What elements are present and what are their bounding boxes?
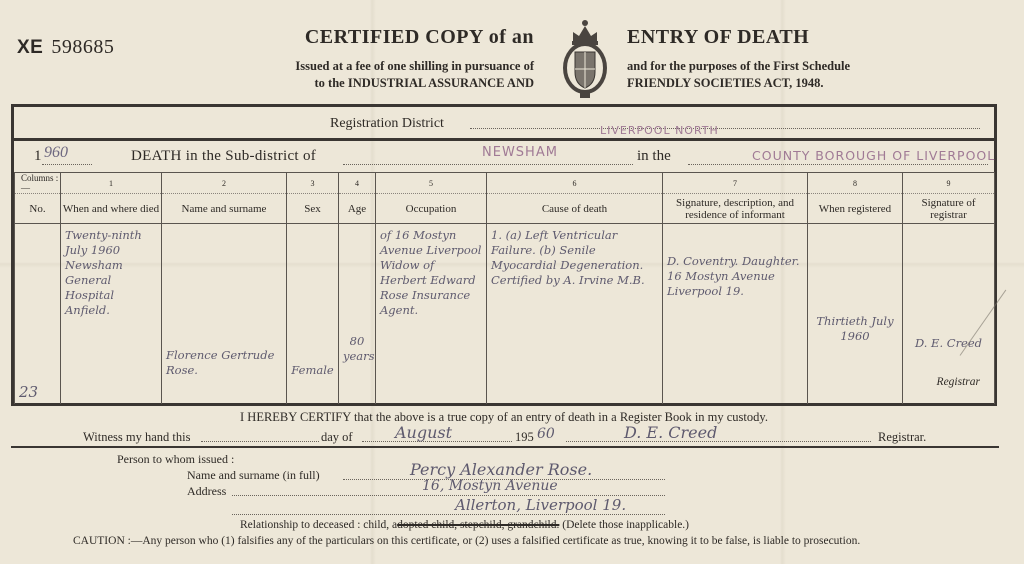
table-header-row: No. When and where died Name and surname…	[15, 194, 995, 224]
header-age: Age	[339, 194, 376, 224]
entry-when-registered: Thirtieth July 1960	[808, 224, 903, 405]
year-dotted-line	[42, 164, 92, 165]
registration-district-label: Registration District	[330, 116, 444, 132]
address-dotted-line-2	[232, 514, 665, 515]
recipient-address-label: Address	[187, 484, 226, 499]
column-number: 4	[339, 173, 376, 194]
header-when-registered: When registered	[808, 194, 903, 224]
header-informant: Signature, description, and residence of…	[663, 194, 808, 224]
subtitle-right-line-2: FRIENDLY SOCIETIES ACT, 1948.	[627, 75, 850, 92]
witness-label: Witness my hand this	[83, 430, 190, 445]
entry-age: 80 years	[339, 224, 376, 405]
royal-coat-of-arms-icon	[560, 14, 610, 102]
recipient-name-label: Name and surname (in full)	[187, 468, 320, 483]
relationship-statement: Relationship to deceased : child, adopte…	[240, 519, 689, 531]
caution-notice: CAUTION :—Any person who (1) falsifies a…	[73, 535, 860, 547]
recipient-address-line-2: Allerton, Liverpool 19.	[455, 496, 626, 514]
issued-to-heading: Person to whom issued :	[117, 452, 234, 467]
column-number: 2	[162, 173, 287, 194]
subtitle-left-line-1: Issued at a fee of one shilling in pursu…	[295, 58, 534, 75]
subdistrict-dotted-line	[343, 164, 633, 165]
certification-year-handwritten: 60	[537, 426, 555, 442]
header-name: Name and surname	[162, 194, 287, 224]
year-handwritten: 960	[44, 144, 68, 162]
month-handwritten: August	[395, 423, 452, 442]
column-number: 6	[487, 173, 663, 194]
column-number-row: Columns :— 1 2 3 4 5 6 7 8 9	[15, 173, 995, 194]
subtitle-left: Issued at a fee of one shilling in pursu…	[295, 58, 534, 92]
registrar-caption: Registrar	[937, 375, 980, 390]
entry-sex: Female	[287, 224, 339, 405]
column-number: 7	[663, 173, 808, 194]
subtitle-left-line-2: to the INDUSTRIAL ASSURANCE AND	[295, 75, 534, 92]
death-entry-table: Columns :— 1 2 3 4 5 6 7 8 9 No. When an…	[14, 172, 994, 404]
year-prefix: 1	[34, 148, 42, 165]
column-number: 5	[376, 173, 487, 194]
columns-label: Columns :—	[15, 173, 61, 194]
subdistrict-value: NEWSHAM	[482, 145, 558, 160]
entry-registrar-cell: D. E. Creed Registrar	[903, 224, 995, 405]
serial-digits: 598685	[51, 36, 114, 58]
relationship-suffix: (Delete those inapplicable.)	[559, 519, 689, 531]
in-the-label: in the	[637, 148, 671, 165]
registrar-label: Registrar.	[878, 430, 926, 445]
witness-day-dotted-line	[201, 441, 319, 442]
entry-cause: 1. (a) Left Ventricular Failure. (b) Sen…	[487, 224, 663, 405]
registrar-signature: D. E. Creed	[624, 423, 717, 442]
entry-no: 23	[15, 224, 61, 405]
entry-name: Florence Gertrude Rose.	[162, 224, 287, 405]
column-number: 8	[808, 173, 903, 194]
death-subdistrict-label: DEATH in the Sub-district of	[131, 148, 316, 165]
subtitle-right-line-1: and for the purposes of the First Schedu…	[627, 58, 850, 75]
entry-occupation: of 16 Mostyn Avenue Liverpool Widow of H…	[376, 224, 487, 405]
column-number: 1	[61, 173, 162, 194]
serial-number: XE598685	[17, 36, 114, 59]
section-divider	[11, 446, 999, 448]
certification-year-prefix: 195	[515, 430, 534, 445]
title-right: ENTRY OF DEATH	[627, 26, 809, 49]
day-of-label: day of	[321, 430, 353, 445]
subtitle-right: and for the purposes of the First Schedu…	[627, 58, 850, 92]
header-sex: Sex	[287, 194, 339, 224]
relationship-struck-options: dopted child, stepchild, grandchild.	[397, 519, 559, 531]
district-dotted-line	[470, 128, 980, 129]
header-occupation: Occupation	[376, 194, 487, 224]
registrar-dotted-line	[566, 441, 871, 442]
header-cause: Cause of death	[487, 194, 663, 224]
entry-when-where: Twenty-ninth July 1960 Newsham General H…	[61, 224, 162, 405]
recipient-address-line-1: 16, Mostyn Avenue	[422, 478, 558, 494]
recipient-name-value: Percy Alexander Rose.	[410, 460, 592, 479]
county-dotted-line	[688, 164, 988, 165]
serial-prefix: XE	[17, 37, 43, 58]
registration-district-value: LIVERPOOL NORTH	[600, 124, 719, 137]
column-number: 3	[287, 173, 339, 194]
table-row: 23 Twenty-ninth July 1960 Newsham Genera…	[15, 224, 995, 405]
title-left: CERTIFIED COPY of an	[305, 26, 534, 49]
header-registrar-signature: Signature of registrar	[903, 194, 995, 224]
county-value: COUNTY BOROUGH OF LIVERPOOL	[752, 148, 995, 163]
header-when-where: When and where died	[61, 194, 162, 224]
entry-informant: D. Coventry. Daughter. 16 Mostyn Avenue …	[663, 224, 808, 405]
header-no: No.	[15, 194, 61, 224]
relationship-prefix: Relationship to deceased : child, a	[240, 519, 397, 531]
registration-district-row	[14, 106, 994, 141]
column-number: 9	[903, 173, 995, 194]
